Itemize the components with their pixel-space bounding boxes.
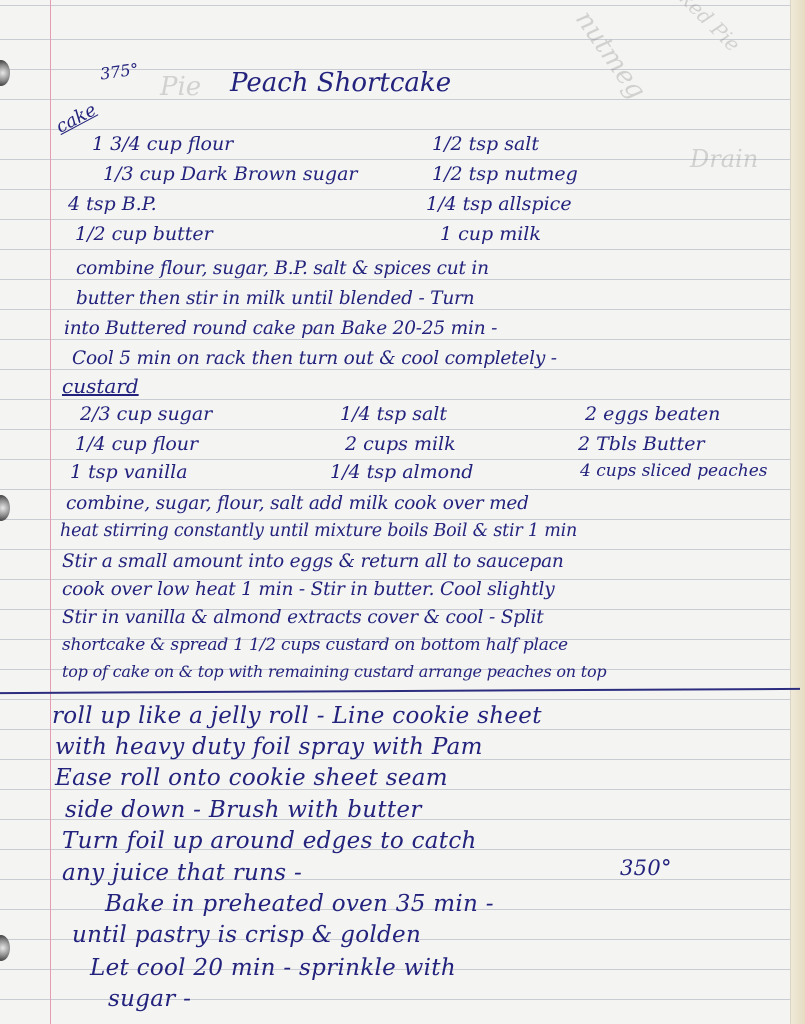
direction-line: Stir in vanilla & almond extracts cover … xyxy=(62,607,544,628)
direction-line: combine flour, sugar, B.P. salt & spices… xyxy=(76,258,489,279)
punch-hole-middle xyxy=(0,495,10,521)
oven-temp-note: 375° xyxy=(99,59,140,83)
bleed-through-text: Pie xyxy=(160,72,201,102)
ingredient: 1 cup milk xyxy=(440,223,541,245)
oven-temp-note: 350° xyxy=(620,856,672,880)
fragment-line: until pastry is crisp & golden xyxy=(72,922,421,948)
punch-hole-top xyxy=(0,60,10,86)
ingredient: 2 cups milk xyxy=(345,433,456,455)
notebook-page: nutmeg Baked Pie Drain Pie 375° Peach Sh… xyxy=(0,0,805,1024)
direction-line: butter then stir in milk until blended -… xyxy=(76,288,474,309)
fragment-line: any juice that runs - xyxy=(62,860,302,886)
direction-line: into Buttered round cake pan Bake 20-25 … xyxy=(64,318,497,339)
section-label-cake: cake xyxy=(53,99,100,137)
margin-line xyxy=(50,0,51,1024)
direction-line: Stir a small amount into eggs & return a… xyxy=(62,551,564,572)
ingredient: 1 3/4 cup flour xyxy=(92,133,233,155)
divider-rule xyxy=(0,688,800,694)
ingredient: 1/2 tsp salt xyxy=(432,133,539,155)
recipe-title: Peach Shortcake xyxy=(230,68,451,98)
fragment-line: Ease roll onto cookie sheet seam xyxy=(55,765,448,791)
direction-line: shortcake & spread 1 1/2 cups custard on… xyxy=(62,635,568,655)
bleed-through-text: Baked Pie xyxy=(656,0,745,56)
bleed-through-text: Drain xyxy=(690,145,758,173)
bleed-through-text: nutmeg xyxy=(569,5,651,105)
direction-line: combine, sugar, flour, salt add milk coo… xyxy=(66,493,529,514)
ingredient: 1/3 cup Dark Brown sugar xyxy=(103,163,357,185)
fragment-line: Bake in preheated oven 35 min - xyxy=(105,891,494,917)
section-label-custard: custard xyxy=(62,374,139,398)
ingredient: 1/4 tsp allspice xyxy=(426,193,572,215)
fragment-line: side down - Brush with butter xyxy=(65,797,422,823)
ingredient: 2 eggs beaten xyxy=(585,403,720,425)
ingredient: 2 Tbls Butter xyxy=(578,433,705,455)
fragment-line: Turn foil up around edges to catch xyxy=(62,828,477,854)
ingredient: 4 cups sliced peaches xyxy=(580,461,768,481)
direction-line: top of cake on & top with remaining cust… xyxy=(62,662,606,681)
ingredient: 1/2 tsp nutmeg xyxy=(432,163,578,185)
ingredient: 4 tsp B.P. xyxy=(68,193,157,215)
paper-edge xyxy=(790,0,805,1024)
fragment-line: Let cool 20 min - sprinkle with xyxy=(90,955,456,981)
fragment-line: with heavy duty foil spray with Pam xyxy=(55,734,483,760)
ingredient: 1/4 tsp salt xyxy=(340,403,447,425)
punch-hole-bottom xyxy=(0,935,10,961)
ingredient: 1/4 cup flour xyxy=(75,433,198,455)
ingredient: 2/3 cup sugar xyxy=(80,403,212,425)
direction-line: heat stirring constantly until mixture b… xyxy=(60,521,577,541)
ingredient: 1/2 cup butter xyxy=(75,223,213,245)
fragment-line: sugar - xyxy=(108,986,191,1012)
direction-line: cook over low heat 1 min - Stir in butte… xyxy=(62,579,555,600)
direction-line: Cool 5 min on rack then turn out & cool … xyxy=(72,348,557,369)
ingredient: 1 tsp vanilla xyxy=(70,461,188,483)
fragment-line: roll up like a jelly roll - Line cookie … xyxy=(52,703,542,729)
ingredient: 1/4 tsp almond xyxy=(330,461,473,483)
